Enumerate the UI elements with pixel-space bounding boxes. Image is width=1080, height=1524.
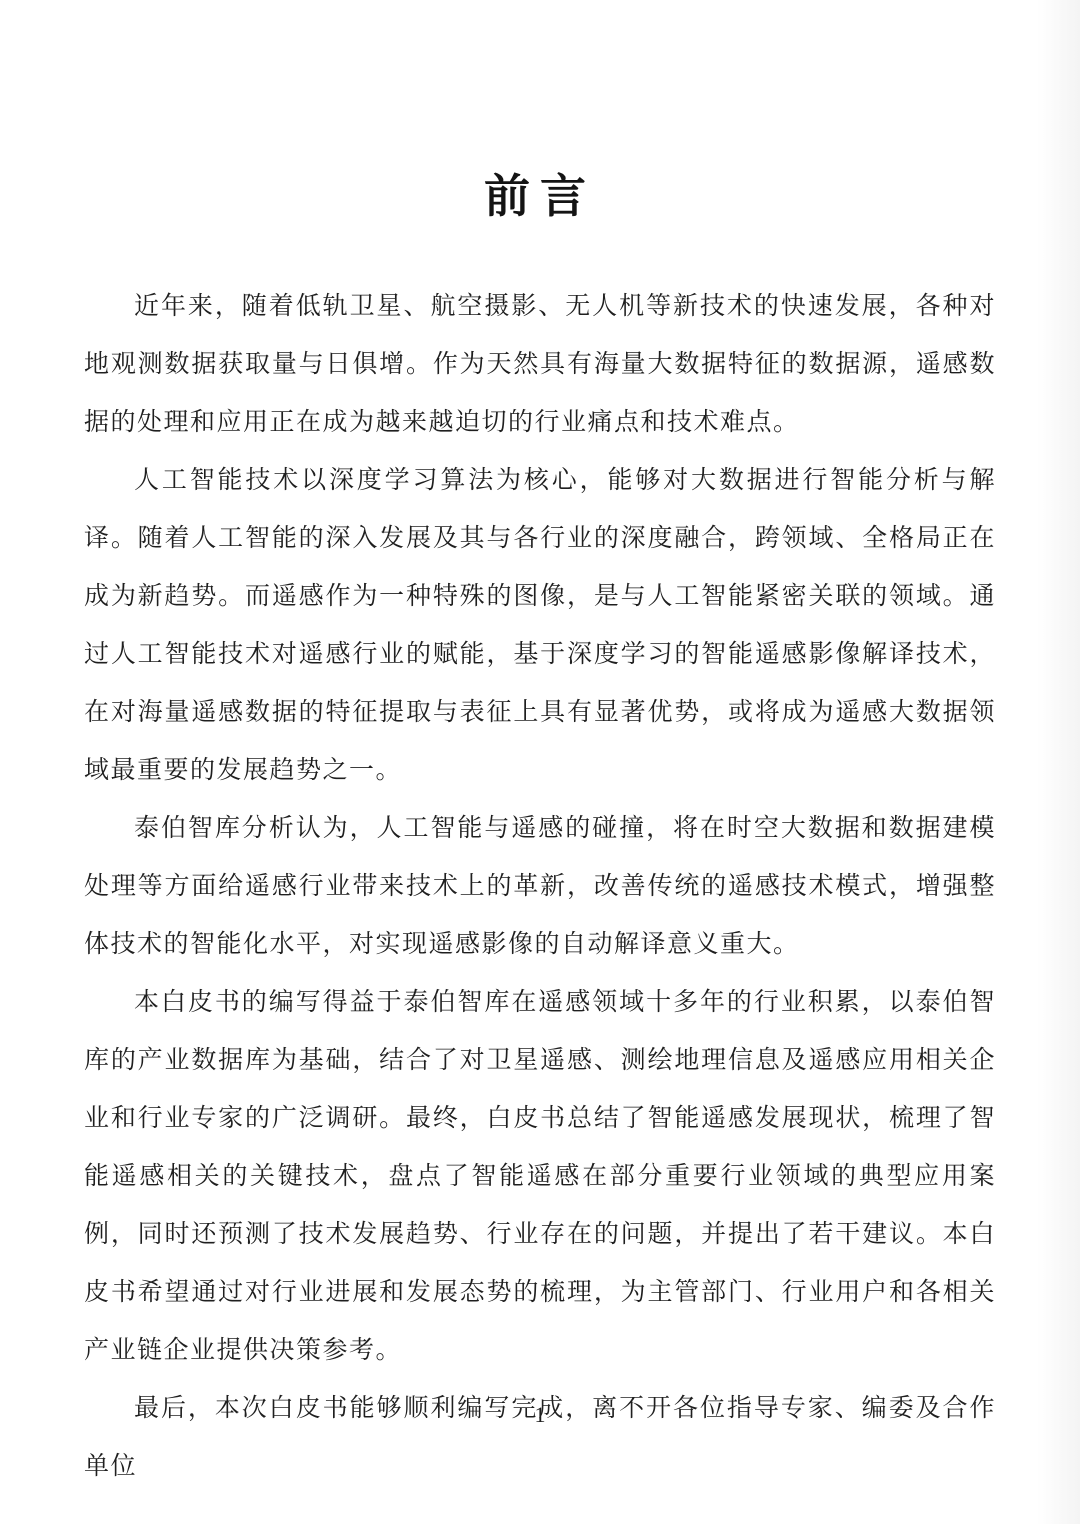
page-number: 1 — [0, 1402, 1080, 1428]
paragraph: 本白皮书的编写得益于泰伯智库在遥感领域十多年的行业积累，以泰伯智库的产业数据库为… — [84, 974, 996, 1380]
paragraph: 人工智能技术以深度学习算法为核心，能够对大数据进行智能分析与解译。随着人工智能的… — [84, 452, 996, 800]
paragraph: 泰伯智库分析认为，人工智能与遥感的碰撞，将在时空大数据和数据建模处理等方面给遥感… — [84, 800, 996, 974]
paragraph: 最后，本次白皮书能够顺利编写完成，离不开各位指导专家、编委及合作单位 — [84, 1380, 996, 1496]
document-body: 近年来，随着低轨卫星、航空摄影、无人机等新技术的快速发展，各种对地观测数据获取量… — [84, 278, 996, 1496]
document-page: 前言 近年来，随着低轨卫星、航空摄影、无人机等新技术的快速发展，各种对地观测数据… — [0, 0, 1080, 1524]
page-title: 前言 — [0, 0, 1080, 226]
paragraph: 近年来，随着低轨卫星、航空摄影、无人机等新技术的快速发展，各种对地观测数据获取量… — [84, 278, 996, 452]
